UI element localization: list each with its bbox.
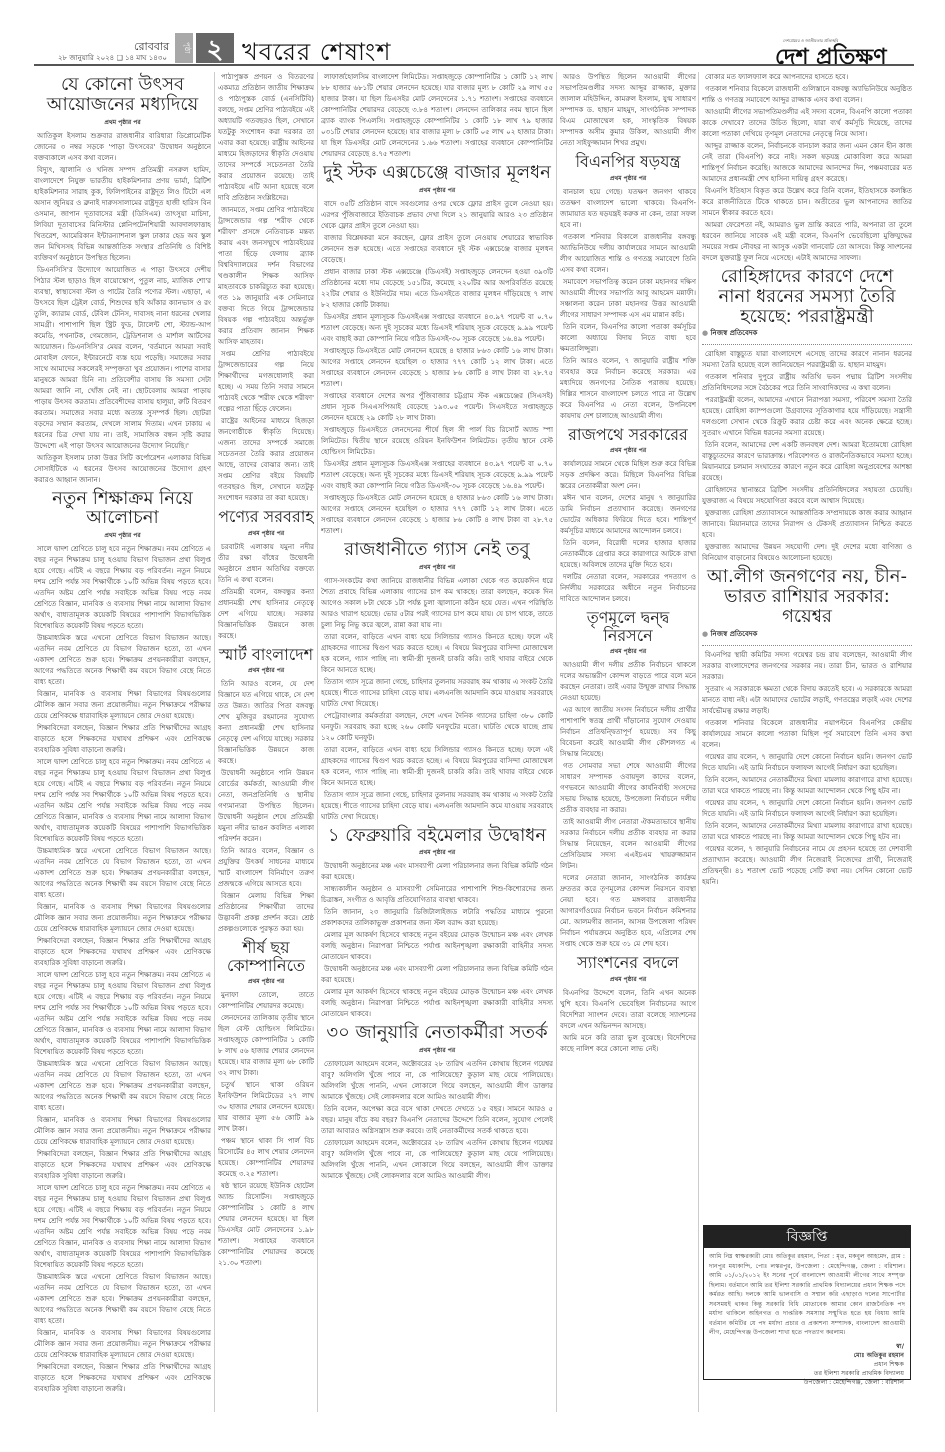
article-paragraph: সালে দ্বাদশ শ্রেণিতে চালু হবে নতুন শিক্ষ… <box>34 757 211 845</box>
article-headline: স্যাংশনের বদলে <box>560 954 696 972</box>
masthead: রোববার ২৮ জানুয়ারি ২০২৪ ❑ ১৪ মাঘ ১৪৩০ প… <box>0 0 945 62</box>
article-paragraph: উদ্বোধনী অনুষ্ঠানের মঞ্চ এবং মাসব্যাপী ম… <box>321 861 553 883</box>
article-paragraph: বিএনপির উদ্দেশে বলেন, তিনি এখন অনেক খুশি… <box>560 988 696 1032</box>
article-headline: পণ্যের সরবরাহ <box>218 508 314 526</box>
article-paragraph: তিনি আরও বলেন, যে দেশ বিজ্ঞানে যত এগিয়ে… <box>218 679 314 767</box>
article-headline: রোহিঙ্গাদের কারণে দেশে নানা ধরনের সমস্যা… <box>702 267 912 326</box>
article-paragraph: রোহিঙ্গাদের স্থানান্তরে ব্রিটিশ সংসদীয় … <box>702 485 912 507</box>
article-paragraph: ষষ্ঠ স্থানে রয়েছে ইউনিক হোটেল অ্যান্ড র… <box>218 1181 314 1269</box>
article-paragraph: তিনি বলেন, বিরোধী দলের হাজার হাজার নেতাক… <box>560 538 696 571</box>
article-paragraph: গতকাল শনিবার দুপুরে রাষ্ট্রীয় অতিথি ভবন… <box>702 372 912 394</box>
article-paragraph: গয়েশ্বর রায় বলেন, ৭ জানুয়ারি দেশে কোন… <box>702 752 912 774</box>
article-paragraph: পররাষ্ট্রমন্ত্রী বলেন, আমাদের এখানে নিরা… <box>702 395 912 439</box>
article-paragraph: জানমতে, সপ্তম শ্রেণির পাঠ্যবইয়ে ট্রান্স… <box>218 205 314 348</box>
continued-label: প্রথম পৃষ্ঠার পর <box>560 974 696 985</box>
article-paragraph: উদ্বোধনী অনুষ্ঠানের মঞ্চ এবং মাসব্যাপী ম… <box>321 964 553 986</box>
article-headline: তৃণমূলে দ্বন্দ্ব নিরসনে <box>560 609 696 644</box>
article-paragraph: ডিএসইর প্রধান মূল্যসূচক ডিএসইএক্স সপ্তাহ… <box>321 459 553 492</box>
continued-label: প্রথম পৃষ্ঠার পর <box>560 173 696 184</box>
continued-label: প্রথম পৃষ্ঠার পর <box>321 1045 553 1056</box>
article-paragraph: বিএনপি ইতিহাস বিকৃত করে উল্লেখ করে তিনি … <box>702 186 912 219</box>
article-paragraph: শিক্ষাবিদেরা বলছেন, বিজ্ঞান শিক্ষার প্রত… <box>34 1149 211 1182</box>
article-paragraph: প্রধান বাজার ঢাকা স্টক এক্সচেঞ্জে (ডিএসই… <box>321 267 553 311</box>
article-paragraph: শিক্ষাবিদেরা বলছেন, বিজ্ঞান শিক্ষার প্রত… <box>34 1362 211 1395</box>
issue-date: ২৮ জানুয়ারি ২০২৪ ❑ ১৪ মাঘ ১৪৩০ <box>58 52 167 64</box>
article-paragraph: কার্যালয়ের সামনে থেকে মিছিল শুরু করে বি… <box>560 459 696 492</box>
article-paragraph: মেলার মূল আকর্ষণ হিসেবে থাকছে নতুন বইয়ে… <box>321 930 553 963</box>
article-paragraph: তারা বলেন, বাড়িতে এখন বাধ্য হয়ে সিলিন্… <box>321 745 553 789</box>
article-headline: নতুন শিক্ষাক্রম নিয়ে আলোচনা <box>34 489 211 529</box>
byline: নিজস্ব প্রতিবেদক <box>702 629 912 646</box>
article-paragraph: যুক্তরাজ্য রোহিঙ্গা প্রত্যাবাসনে আন্তর্জ… <box>702 508 912 541</box>
article-paragraph: গত সোমবার সভা শেষে আওয়ামী লীগের সাধারণ … <box>560 761 696 816</box>
article-paragraph: ডিএসইর প্রধান মূল্যসূচক ডিএসইএক্স সপ্তাহ… <box>321 312 553 345</box>
article-paragraph: তিনি বলেন, আমাদের নেতাকর্মীদের মিথ্যা মা… <box>702 821 912 843</box>
notice-body: আমি নিম্ন স্বাক্ষরকারী মোঃ অতিকুর রহমান,… <box>704 1248 910 1342</box>
article-rajpothe: রাজপথে সরকারের প্রথম পৃষ্ঠার পর কার্যালয… <box>560 426 696 606</box>
article-rajjak: বোকার মত ফ্যালফ্যাল করে আপনাদের হাসতে হব… <box>702 72 912 264</box>
article-headline: আ.লীগ জনগণের নয়, চীন-ভারত রাশিয়ার সরকা… <box>702 567 912 626</box>
article-paragraph: বিজ্ঞান, মানবিক ও ব্যবসায় শিক্ষা বিভাগে… <box>34 1115 211 1148</box>
article-paragraph: গতকাল শনিবার বিকালে রাজধানীর বঙ্গবন্ধু অ… <box>560 232 696 276</box>
article-headline: যে কোনো উৎসব আয়োজনের মধ্যদিয়ে <box>34 75 211 115</box>
article-paragraph: গতকাল শনিবার বিকেলে রাজধানী গুলিস্তানে ব… <box>702 84 912 106</box>
article-paragraph: লেনদেনের তালিকায় তৃতীয় স্থানে ছিল বেস্… <box>218 1013 314 1079</box>
article-paragraph: বিজ্ঞান, মানবিক ও ব্যবসায় শিক্ষা বিভাগে… <box>34 689 211 722</box>
signatory-school: তর ইলিশা সরকারি প্রাথমিক বিদ্যালয় <box>704 1369 904 1378</box>
article-paragraph: সমাবেশে সভাপতিত্ব করেন ঢাকা মহানগর দক্ষি… <box>560 277 696 321</box>
continued-label: প্রথম পৃষ্ঠার পর <box>321 847 553 858</box>
article-paragraph: বিএনপির স্থায়ী কমিটির সদস্য গয়েশ্বর চন… <box>702 650 912 683</box>
continued-label: প্রথম পৃষ্ঠার পর <box>34 530 211 541</box>
article-paragraph: দলের নেতারা জানান, সাংগঠনিক কার্যক্রম দ্… <box>560 873 696 950</box>
article-paragraph: আওয়ামী লীগ দলীয় প্রতীক নির্বাচনে থাকলে… <box>560 660 696 704</box>
page-number: ২ <box>196 33 234 63</box>
section-title: খবরের শেষাংশ <box>242 34 391 74</box>
article-paragraph: মঈন খান বলেন, দেশের মানুষ ৭ জানুয়ারির ড… <box>560 493 696 537</box>
article-headline: বিএনপির ষড়যন্ত্র <box>560 153 696 171</box>
article-headline: ৩০ জানুয়ারি নেতাকর্মীরা সতর্ক <box>321 1023 553 1043</box>
article-paragraph: তিনি বলেন, আমাদের দেশ একটি জনবহুল দেশ। আ… <box>702 440 912 484</box>
signatory-title: প্রধান শিক্ষক <box>704 1360 904 1369</box>
column-divider <box>214 72 215 1412</box>
article-goyeshwar: আ.লীগ জনগণের নয়, চীন-ভারত রাশিয়ার সরকা… <box>702 567 912 887</box>
article-paragraph: তোফায়েল আহমেদ বলেন, অক্টোবরের ২৮ তারিখ … <box>321 1138 553 1182</box>
continued-label: প্রথম পৃষ্ঠার পর <box>218 528 314 539</box>
column-divider <box>317 72 318 1412</box>
article-patthopustak: পাঠ্যপুস্তক প্রণয়ন ও বিতরণের একমাত্র প্… <box>218 72 314 504</box>
continued-label: প্রথম পৃষ্ঠার পর <box>218 665 314 676</box>
article-paragraph: সুতরাং এ সরকারকে ক্ষমতা থেকে বিদায় করতে… <box>702 684 912 717</box>
article-paragraph: বিজ্ঞান, মানবিক ও ব্যবসায় শিক্ষা বিভাগে… <box>34 1328 211 1361</box>
article-paragraph: তিতাস গ্যাস সূত্রে জানা গেছে, চাহিদার তু… <box>321 790 553 823</box>
article-ponner: পণ্যের সরবরাহ প্রথম পৃষ্ঠার পর চরবাটাই এ… <box>218 508 314 642</box>
article-paragraph: পেট্রোবাংলার কর্মকর্তারা বলছেন, দেশে এখন… <box>321 711 553 744</box>
article-paragraph: বিজ্ঞান মেলায় বিভিন্ন শিক্ষা প্রতিষ্ঠান… <box>218 891 314 935</box>
article-paragraph: সপ্তম শ্রেণির পাঠ্যবইয়ে ট্রান্সজেন্ডারে… <box>218 349 314 415</box>
article-paragraph: বানচাল হয়ে গেছে। যতক্ষণ জনগণ থাকবে ততক্… <box>560 187 696 231</box>
article-paragraph: বিজ্ঞান, মানবিক ও ব্যবসায় শিক্ষা বিভাগে… <box>34 902 211 935</box>
signature-mark: স্বা/ <box>704 1342 904 1351</box>
article-paragraph: গতকাল শনিবার বিকেলে রাজধানীর নয়াপল্টনে … <box>702 718 912 751</box>
article-paragraph: বোকার মত ফ্যালফ্যাল করে আপনাদের হাসতে হব… <box>702 72 912 83</box>
article-shikkhakram: নতুন শিক্ষাক্রম নিয়ে আলোচনা প্রথম পৃষ্ঠ… <box>34 489 211 1396</box>
article-paragraph: সান্ধ্যকালীন অনুষ্ঠান ও মাসব্যাপী সেমিনা… <box>321 884 553 906</box>
article-paragraph: বাজার বিশ্লেষকরা মনে করছেন, ফ্লোর প্রাইস… <box>321 233 553 266</box>
article-paragraph: বিদ্যুৎ, জ্বালানি ও খনিজ সম্পদ প্রতিমন্ত… <box>34 165 211 264</box>
article-headline: দুই স্টক এক্সচেঞ্জে বাজার মূলধন <box>321 163 553 183</box>
article-trinamul: তৃণমূলে দ্বন্দ্ব নিরসনে প্রথম পৃষ্ঠার পর… <box>560 609 696 950</box>
article-paragraph: তাই আওয়ামী লীগ নেতারা ঐকমত্যভাবে স্থানী… <box>560 817 696 872</box>
article-paragraph: চতুর্থ স্থানে থাকা ওরিয়ন ইনফিউশন লিমিটে… <box>218 1080 314 1135</box>
article-netakormi: ৩০ জানুয়ারি নেতাকর্মীরা সতর্ক প্রথম পৃষ… <box>321 1023 553 1182</box>
article-paragraph: তিতাস গ্যাস সূত্রে জানা গেছে, চাহিদার তু… <box>321 677 553 710</box>
column-divider <box>556 72 557 1412</box>
continued-label: প্রথম পৃষ্ঠার পর <box>560 445 696 456</box>
article-paragraph: সালে দ্বাদশ শ্রেণিতে চালু হবে নতুন শিক্ষ… <box>34 1183 211 1271</box>
article-sanction: স্যাংশনের বদলে প্রথম পৃষ্ঠার পর বিএনপির … <box>560 954 696 1055</box>
article-paragraph: উচ্চমাধ্যমিক স্তরে এখনো শ্রেণিতে বিভাগ ব… <box>34 1059 211 1114</box>
article-paragraph: বাদে ৩৫টি প্রতিষ্ঠান বাদে সবগুলোর ওপর থে… <box>321 199 553 232</box>
article-paragraph: সপ্তাহজুড়ে ডিএসইতে মোট লেনদেন হয়েছে ৪ … <box>321 493 553 537</box>
article-paragraph: এর আগে জাতীয় সংসদ নির্বাচনে দলীয় প্রার… <box>560 705 696 760</box>
signatory-name: মোঃ অতিকুর রহমান <box>704 1351 904 1360</box>
article-paragraph: আতিকুল ইসলাম শুক্রবার রাজধানীর বারিধারা … <box>34 131 211 164</box>
column-right: বোকার মত ফ্যালফ্যাল করে আপনাদের হাসতে হব… <box>702 72 912 1220</box>
article-paragraph: রাষ্ট্রের আইনের মাধ্যমে হিজড়া জনগোষ্ঠীক… <box>218 416 314 504</box>
column-divider <box>698 72 699 1412</box>
article-paragraph: শিক্ষাবিদেরা বলছেন, বিজ্ঞান শিক্ষার প্রত… <box>34 723 211 756</box>
article-paragraph: মুনাফা তোলে, তাতে কোম্পানিটির শেয়ারদর ক… <box>218 990 314 1012</box>
article-utsab: যে কোনো উৎসব আয়োজনের মধ্যদিয়ে প্রথম পৃ… <box>34 75 211 486</box>
article-paragraph: আতিকুল ইসলাম ঢাকা উত্তর সিটি কর্পোরেশন এ… <box>34 453 211 486</box>
article-paragraph: গয়েশ্বর রায় বলেন, ৭ জানুয়ারি দেশে কোন… <box>702 798 912 820</box>
article-smart: স্মার্ট বাংলাদেশ প্রথম পৃষ্ঠার পর তিনি আ… <box>218 646 314 936</box>
article-paragraph: পাঠ্যপুস্তক প্রণয়ন ও বিতরণের একমাত্র প্… <box>218 72 314 204</box>
article-paragraph: আমি মনে করি তারা ভুল বুঝেছে। বিদেশিদের ক… <box>560 1033 696 1055</box>
article-paragraph: তোফায়েল আহমেদ বলেন, অক্টোবরের ২৮ তারিখ … <box>321 1059 553 1103</box>
continued-label: প্রথম পৃষ্ঠার পর <box>560 646 696 657</box>
article-paragraph: সপ্তাহজুড়ে ডিএসইতে মোট লেনদেন হয়েছে ৪ … <box>321 346 553 390</box>
continued-label: প্রথম পৃষ্ঠার পর <box>218 976 314 987</box>
article-paragraph: শিক্ষাবিদেরা বলছেন, বিজ্ঞান শিক্ষার প্রত… <box>34 936 211 969</box>
article-paragraph: গয়েশ্বর বলেন, ৭ জানুয়ারি নির্বাচনের না… <box>702 844 912 888</box>
article-paragraph: সালে দ্বাদশ শ্রেণিতে চালু হবে নতুন শিক্ষ… <box>34 970 211 1058</box>
article-paragraph: আওয়ামী লীগের সভাপতিমণ্ডলীর এই সদস্য বলে… <box>702 107 912 140</box>
article-paragraph: ডিএনসিসি'র উদ্যোগে আয়োজিত এ পাড়া উৎসবে… <box>34 265 211 452</box>
article-paragraph: তিনি বলেন, বিএনপির কালো পতাকা কর্মসূচির … <box>560 322 696 355</box>
article-paragraph: আব্দুর রাজ্জাক বলেন, নির্বাচনকে বানচাল ক… <box>702 141 912 185</box>
notice-box: বিজ্ঞপ্তি আমি নিম্ন স্বাক্ষরকারী মোঃ অতি… <box>703 1225 911 1380</box>
article-paragraph: উচ্চমাধ্যমিক স্তরে এখনো শ্রেণিতে বিভাগ ব… <box>34 846 211 901</box>
continued-label: প্রথম পৃষ্ঠার পর <box>321 185 553 196</box>
article-boimela: ১ ফেব্রুয়ারি বইমেলার উদ্বোধন প্রথম পৃষ্… <box>321 826 553 1021</box>
byline: নিজস্ব প্রতিবেদক <box>702 328 912 345</box>
article-paragraph: উচ্চমাধ্যমিক স্তরে এখনো শ্রেণিতে বিভাগ ব… <box>34 1272 211 1327</box>
article-paragraph: গ্যাস-সংকটের কথা জানিয়ে রাজধানীর বিভিন্… <box>321 576 553 631</box>
article-bnp: বিএনপির ষড়যন্ত্র প্রথম পৃষ্ঠার পর বানচা… <box>560 153 696 422</box>
article-paragraph: তারা বলেন, বাড়িতে এখন বাধ্য হয়ে সিলিন্… <box>321 632 553 676</box>
article-shirsho: শীর্ষ ছয় কোম্পানিতে প্রথম পৃষ্ঠার পর মু… <box>218 939 314 1269</box>
article-paragraph: সালে দ্বাদশ শ্রেণিতে চালু হবে নতুন শিক্ষ… <box>34 544 211 632</box>
article-paragraph: তিনি বলেন, অপেক্ষা করে বসে থাকা দেখতে দে… <box>321 1104 553 1137</box>
article-headline: রাজপথে সরকারের <box>560 426 696 444</box>
article-paragraph: যুক্তরাজ্য আমাদের উন্নয়ন সহযোগী দেশ। দু… <box>702 542 912 564</box>
signatory-address: উপজেলা : মেহেন্দিগঞ্জ, জেলা : বরিশাল <box>704 1378 904 1387</box>
notice-title: বিজ্ঞপ্তি <box>704 1226 910 1248</box>
page-label: পৃষ্ঠা <box>175 33 193 63</box>
article-paragraph: সপ্তাহজুড়ে ডিএসইতে লেনদেনের শীর্ষে ছিল … <box>321 425 553 458</box>
article-paragraph: তিনি জানান, ২৩ জানুয়ারি ডিজিটালাইজড লটা… <box>321 907 553 929</box>
column-center-left: পাঠ্যপুস্তক প্রণয়ন ও বিতরণের একমাত্র প্… <box>218 72 314 1417</box>
notice-signature: স্বা/ মোঃ অতিকুর রহমান প্রধান শিক্ষক তর … <box>704 1342 910 1387</box>
continued-label: প্রথম পৃষ্ঠার পর <box>34 117 211 128</box>
article-stock: দুই স্টক এক্সচেঞ্জে বাজার মূলধন প্রথম পৃ… <box>321 163 553 537</box>
article-paragraph: তিনি আরও বলেন, ৭ জানুয়ারি রাষ্ট্রীয় শক… <box>560 356 696 422</box>
article-headline: ১ ফেব্রুয়ারি বইমেলার উদ্বোধন <box>321 826 553 846</box>
article-paragraph: চরবাটাই এলাকায় যমুনা নদীর তীর রক্ষা বাঁ… <box>218 542 314 586</box>
article-paragraph: পঞ্চম স্থানে থাকা সি পার্ল বিচ রিসোর্টের… <box>218 1136 314 1180</box>
continued-label: প্রথম পৃষ্ঠার পর <box>321 562 553 573</box>
article-paragraph: উদ্বোধনী অনুষ্ঠানে পানি উন্নয়ন বোর্ডের … <box>218 768 314 845</box>
article-paragraph: তিনি আরও বলেন, বিজ্ঞান ও প্রযুক্তির উৎকর… <box>218 846 314 890</box>
article-paragraph: আরও উপস্থিত ছিলেন আওয়ামী লীগের সভাপতিমণ… <box>560 72 696 149</box>
article-headline: রাজধানীতে গ্যাস নেই তবু <box>321 540 553 560</box>
article-paragraph: মেলার মূল আকর্ষণ হিসেবে থাকছে নতুন বইয়ে… <box>321 987 553 1020</box>
article-paragraph: উচ্চমাধ্যমিক স্তরে এখনো শ্রেণিতে বিভাগ ব… <box>34 633 211 688</box>
article-paragraph: দলটির নেতারা বলেন, সরকারের পদত্যাগ ও নির… <box>560 572 696 605</box>
article-rohingya: রোহিঙ্গাদের কারণে দেশে নানা ধরনের সমস্যা… <box>702 267 912 564</box>
article-paragraph: আমরা ফেরেশতা নই, আমরাও ভুল ভ্রান্তি করতে… <box>702 220 912 264</box>
article-paragraph: লাফার্জহোলসিম বাংলাদেশ লিমিটেড। সপ্তাহজু… <box>321 72 553 160</box>
column-center: লাফার্জহোলসিম বাংলাদেশ লিমিটেড। সপ্তাহজু… <box>321 72 553 1417</box>
column-left: যে কোনো উৎসব আয়োজনের মধ্যদিয়ে প্রথম পৃ… <box>34 72 211 1417</box>
article-paragraph: প্রতিমন্ত্রী বলেন, বঙ্গবন্ধুর কন্যা প্রধ… <box>218 587 314 642</box>
article-paragraph: রোহিঙ্গা বাস্তুচ্যুত যারা বাংলাদেশে এসেছ… <box>702 349 912 371</box>
article-paragraph: সপ্তাহের ব্যবধানে দেশের অপর পুঁজিবাজার চ… <box>321 391 553 424</box>
article-paragraph: তিনি বলেন, আমাদের নেতাকর্মীদের মিথ্যা মা… <box>702 775 912 797</box>
article-headline: স্মার্ট বাংলাদেশ <box>218 646 314 664</box>
column-center-right: আরও উপস্থিত ছিলেন আওয়ামী লীগের সভাপতিমণ… <box>560 72 696 1417</box>
header-rule <box>34 64 914 66</box>
article-headline: শীর্ষ ছয় কোম্পানিতে <box>218 939 314 974</box>
article-gas: রাজধানীতে গ্যাস নেই তবু প্রথম পৃষ্ঠার পর… <box>321 540 553 823</box>
